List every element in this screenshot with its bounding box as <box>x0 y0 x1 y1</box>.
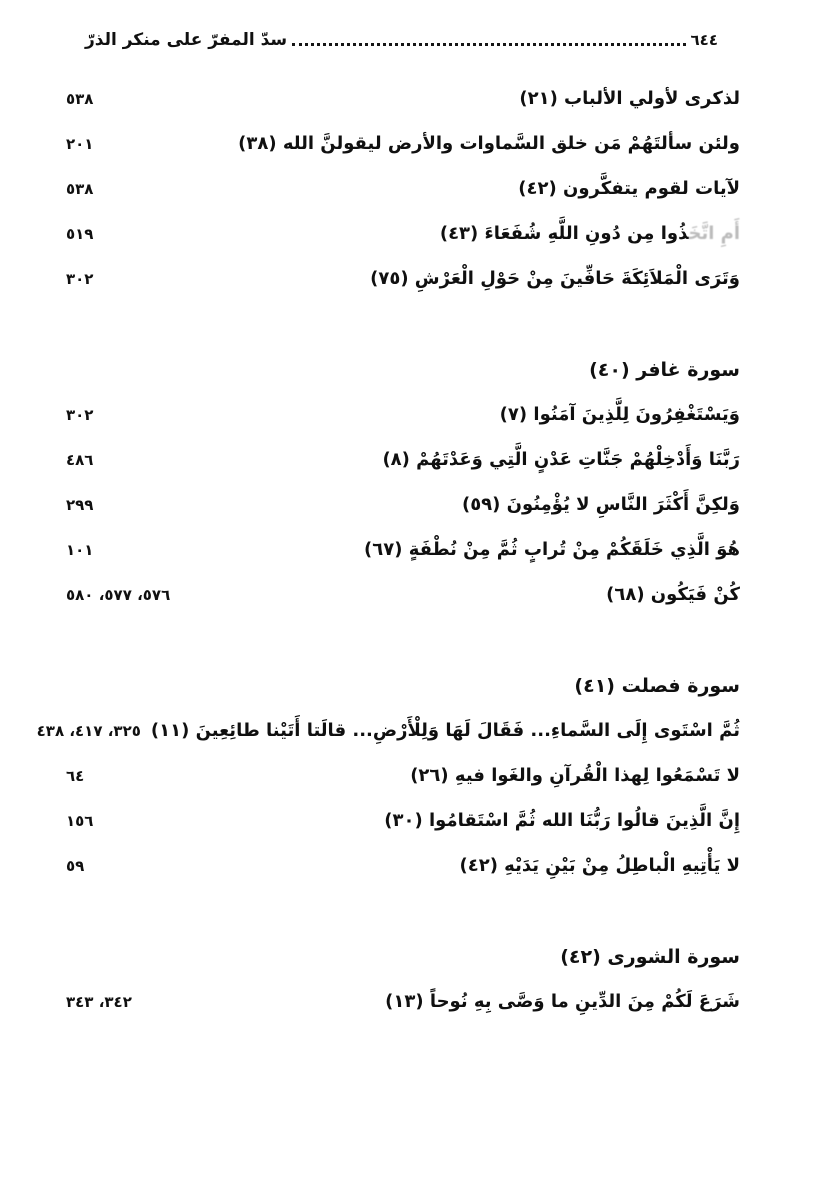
toc-entry: وَتَرَى الْمَلاَئِكَةَ حَافِّينَ مِنْ حَ… <box>66 256 740 301</box>
page-ref: ٣٤٢، ٣٤٣ <box>66 993 132 1011</box>
verse-text: شَرَعَ لَكُمْ مِنَ الدِّينِ ما وَصَّى بِ… <box>385 991 740 1012</box>
verse-text: وَلكِنَّ أَكْثَرَ النَّاسِ لا يُؤْمِنُون… <box>462 494 740 515</box>
page-ref: ٥٩ <box>66 857 84 875</box>
toc-entry: أَمِ اتَّخَذُوا مِن دُونِ اللَّهِ شُفَعَ… <box>66 211 740 256</box>
toc-entry: وَيَسْتَغْفِرُونَ لِلَّذِينَ آمَنُوا (٧)… <box>66 392 740 437</box>
verse-text: كُنْ فَيَكُون (٦٨) <box>606 584 740 605</box>
leader-dots <box>292 43 685 46</box>
toc-entry: لذكرى لأولي الألباب (٢١) ٥٣٨ <box>66 76 740 121</box>
page-ref: ٣٠٢ <box>66 406 93 424</box>
toc-entry: رَبَّنَا وَأَدْخِلْهُمْ جَنَّاتِ عَدْنٍ … <box>66 437 740 482</box>
verse-index: لذكرى لأولي الألباب (٢١) ٥٣٨ ولئن سألتَه… <box>66 76 740 1024</box>
surah-heading-fussilat: سورة فصلت (٤١) <box>66 663 740 708</box>
toc-entry: هُوَ الَّذِي خَلَقَكُمْ مِنْ تُرابٍ ثُمَ… <box>66 527 740 572</box>
running-head: سدّ المفرّ على منكر الذرّ ٦٤٤ <box>85 26 718 54</box>
verse-text: لذكرى لأولي الألباب (٢١) <box>519 88 740 109</box>
page-ref: ١٥٦ <box>66 812 93 830</box>
verse-text: لا تَسْمَعُوا لِهذا الْقُرآنِ والغَوا في… <box>410 765 740 786</box>
verse-text: ثُمَّ اسْتَوى إِلَى السَّماءِ... فَقَالَ… <box>151 720 740 741</box>
toc-entry: لا يَأْتِيهِ الْباطِلُ مِنْ بَيْنِ يَدَي… <box>66 843 740 888</box>
verse-text-visible: ذُوا مِن دُونِ اللَّهِ شُفَعَاءَ (٤٣) <box>440 223 689 244</box>
toc-entry: ولئن سألتَهُمْ مَن خلق السَّماوات والأرض… <box>66 121 740 166</box>
verse-text: ولئن سألتَهُمْ مَن خلق السَّماوات والأرض… <box>238 133 740 154</box>
toc-entry: شَرَعَ لَكُمْ مِنَ الدِّينِ ما وَصَّى بِ… <box>66 979 740 1024</box>
faded-print-fragment: أَمِ اتَّخَ <box>688 223 740 244</box>
page-ref: ٣٠٢ <box>66 270 93 288</box>
page-ref: ٢٠١ <box>66 135 93 153</box>
book-title: سدّ المفرّ على منكر الذرّ <box>85 30 287 50</box>
page-ref: ٤٨٦ <box>66 451 93 469</box>
verse-text: إِنَّ الَّذِينَ قالُوا رَبُّنَا الله ثُم… <box>384 810 740 831</box>
page-ref: ٣٢٥، ٤١٧، ٤٣٨ <box>37 722 141 740</box>
verse-text: وَيَسْتَغْفِرُونَ لِلَّذِينَ آمَنُوا (٧) <box>500 404 740 425</box>
surah-heading-ghafir: سورة غافر (٤٠) <box>66 347 740 392</box>
toc-entry: وَلكِنَّ أَكْثَرَ النَّاسِ لا يُؤْمِنُون… <box>66 482 740 527</box>
page-ref: ٢٩٩ <box>66 496 93 514</box>
toc-entry: كُنْ فَيَكُون (٦٨) ٥٧٦، ٥٧٧، ٥٨٠ <box>66 572 740 617</box>
page-ref: ٥١٩ <box>66 225 93 243</box>
page-ref: ١٠١ <box>66 541 93 559</box>
page-ref: ٥٣٨ <box>66 180 93 198</box>
toc-entry: ثُمَّ اسْتَوى إِلَى السَّماءِ... فَقَالَ… <box>66 708 740 753</box>
page-ref: ٥٧٦، ٥٧٧، ٥٨٠ <box>66 586 170 604</box>
verse-text: وَتَرَى الْمَلاَئِكَةَ حَافِّينَ مِنْ حَ… <box>370 268 740 289</box>
verse-text: رَبَّنَا وَأَدْخِلْهُمْ جَنَّاتِ عَدْنٍ … <box>382 449 740 470</box>
toc-entry: إِنَّ الَّذِينَ قالُوا رَبُّنَا الله ثُم… <box>66 798 740 843</box>
page-ref: ٦٤ <box>66 767 84 785</box>
page-number: ٦٤٤ <box>691 31 718 49</box>
verse-text: أَمِ اتَّخَذُوا مِن دُونِ اللَّهِ شُفَعَ… <box>440 223 740 244</box>
surah-heading-shura: سورة الشورى (٤٢) <box>66 934 740 979</box>
verse-text: لآيات لقوم يتفكَّرون (٤٢) <box>518 178 740 199</box>
toc-entry: لآيات لقوم يتفكَّرون (٤٢) ٥٣٨ <box>66 166 740 211</box>
page-ref: ٥٣٨ <box>66 90 93 108</box>
book-page: سدّ المفرّ على منكر الذرّ ٦٤٤ لذكرى لأول… <box>0 0 824 1184</box>
verse-text: هُوَ الَّذِي خَلَقَكُمْ مِنْ تُرابٍ ثُمَ… <box>364 539 740 560</box>
toc-entry: لا تَسْمَعُوا لِهذا الْقُرآنِ والغَوا في… <box>66 753 740 798</box>
verse-text: لا يَأْتِيهِ الْباطِلُ مِنْ بَيْنِ يَدَي… <box>459 855 740 876</box>
